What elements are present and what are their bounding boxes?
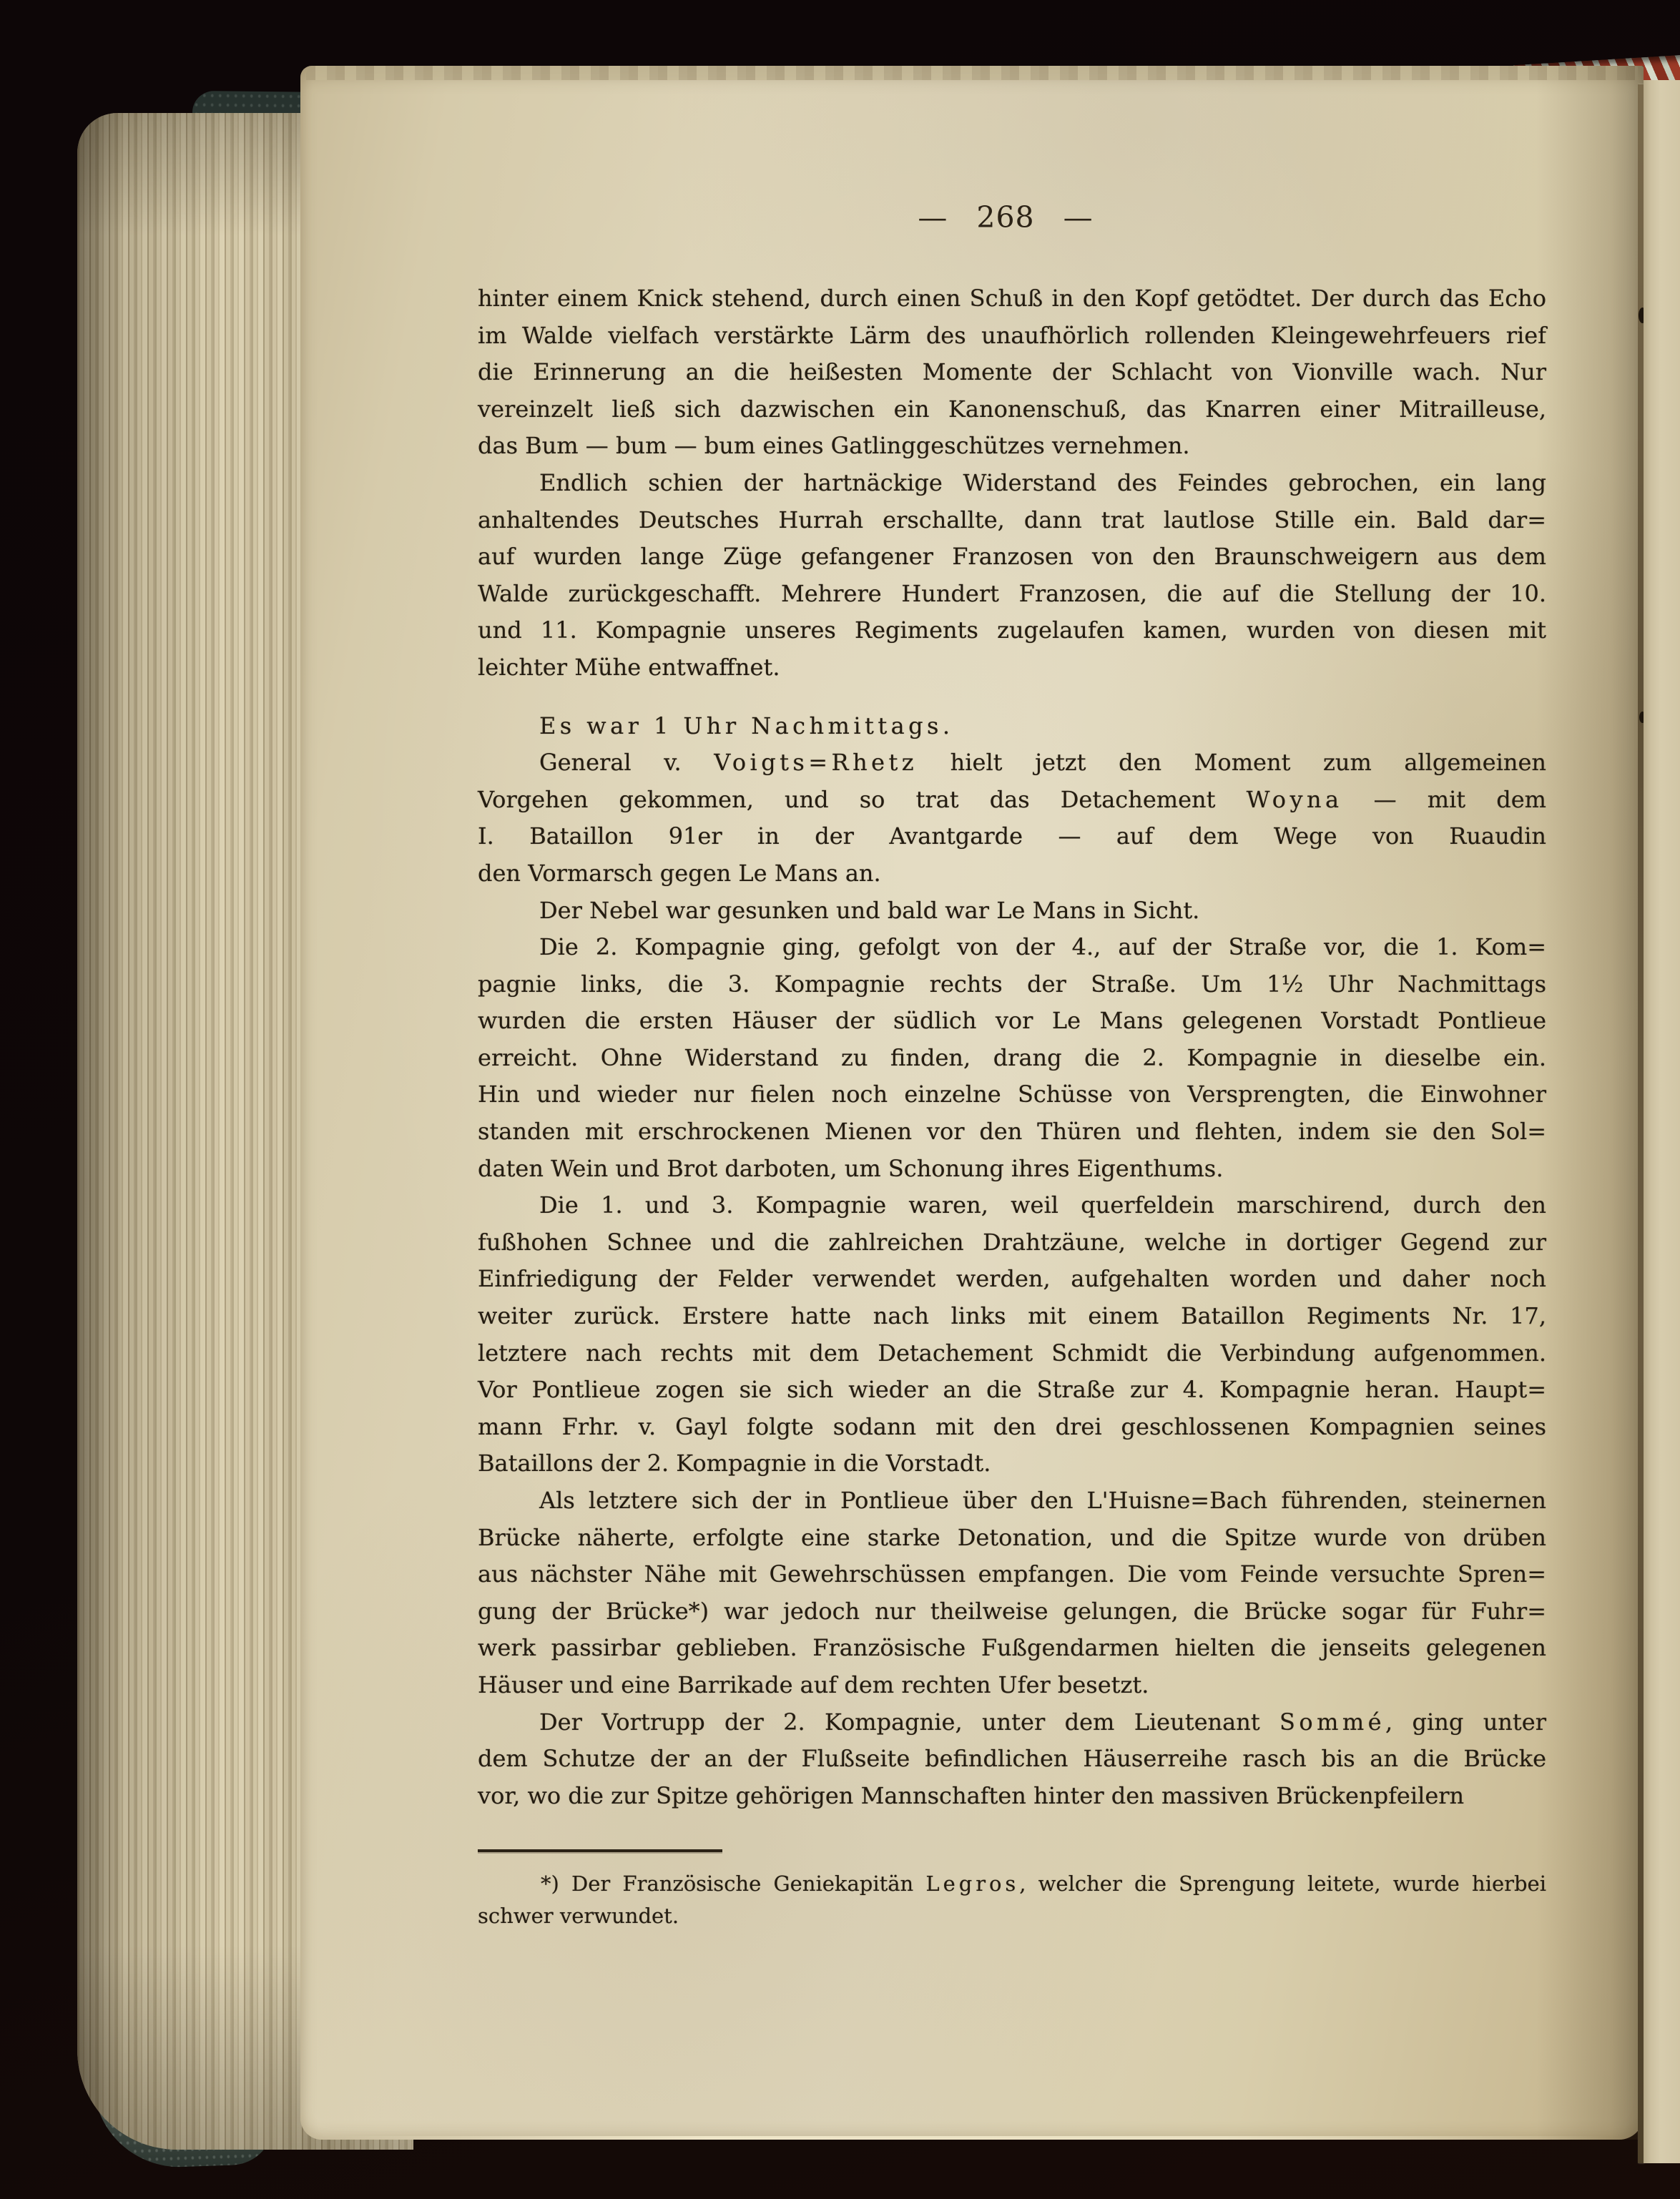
text-line: mann Frhr. v. Gayl folgte sodann mit den…	[478, 1409, 1546, 1446]
text-line: werk passirbar geblieben. Französische F…	[478, 1630, 1546, 1667]
paragraph: Die 2. Kompagnie ging, gefolgt von der 4…	[478, 929, 1546, 1187]
text-block: hinter einem Knick stehend, durch einen …	[478, 280, 1546, 1814]
text-line: vereinzelt ließ sich dazwischen ein Kano…	[478, 391, 1546, 428]
text-segment: hielt jetzt den Moment zum allgemeinen	[918, 749, 1546, 776]
page-number: — 268 —	[863, 200, 1149, 235]
text-segment: aus nächster Nähe mit Gewehrschüssen emp…	[478, 1560, 1546, 1588]
paragraph: Die 1. und 3. Kompagnie waren, weil quer…	[478, 1187, 1546, 1482]
paragraph: *) Der Französische Geniekapitän Legros,…	[478, 1868, 1546, 1932]
emphasized-text: Sommé	[1279, 1708, 1385, 1736]
emphasized-text: Woyna	[1247, 786, 1343, 813]
text-segment: General v.	[539, 749, 714, 776]
text-segment: weiter zurück. Erstere hatte nach links …	[478, 1302, 1546, 1329]
text-segment: vor, wo die zur Spitze gehörigen Mannsch…	[478, 1782, 1464, 1809]
text-line: erreicht. Ohne Widerstand zu finden, dra…	[478, 1040, 1546, 1077]
text-segment: Der Vortrupp der 2. Kompagnie, unter dem…	[539, 1708, 1279, 1736]
text-line: General v. Voigts=Rhetz hielt jetzt den …	[478, 744, 1546, 782]
text-segment: vereinzelt ließ sich dazwischen ein Kano…	[478, 395, 1546, 423]
text-line: Der Vortrupp der 2. Kompagnie, unter dem…	[478, 1704, 1546, 1741]
text-segment: die Erinnerung an die heißesten Momente …	[478, 358, 1546, 385]
text-segment: Die 2. Kompagnie ging, gefolgt von der 4…	[539, 933, 1546, 960]
text-line: anhaltendes Deutsches Hurrah erschallte,…	[478, 502, 1546, 539]
text-segment: Häuser und eine Barrikade auf dem rechte…	[478, 1671, 1149, 1698]
text-segment: Der Nebel war gesunken und bald war Le M…	[539, 897, 1199, 924]
emphasized-text: Voigts=Rhetz	[714, 749, 918, 776]
paragraph: Es war 1 Uhr Nachmittags.	[478, 708, 1546, 745]
text-line: gung der Brücke*) war jedoch nur theilwe…	[478, 1593, 1546, 1630]
paragraph: Der Vortrupp der 2. Kompagnie, unter dem…	[478, 1704, 1546, 1815]
emphasized-text: Legros	[925, 1871, 1019, 1896]
text-segment: werk passirbar geblieben. Französische F…	[478, 1634, 1546, 1661]
text-segment: fußhohen Schnee und die zahlreichen Drah…	[478, 1229, 1546, 1256]
text-segment: Vor Pontlieue zogen sie sich wieder an d…	[478, 1376, 1546, 1403]
gutter-shadow	[1536, 66, 1644, 2140]
paragraph: Endlich schien der hartnäckige Widerstan…	[478, 465, 1546, 687]
text-segment: Bataillons der 2. Kompagnie in die Vorst…	[478, 1450, 991, 1477]
text-segment: und 11. Kompagnie unseres Regiments zuge…	[478, 616, 1546, 644]
emphasized-text: Es war 1 Uhr Nachmittags.	[539, 712, 954, 739]
text-line: Walde zurückgeschafft. Mehrere Hundert F…	[478, 576, 1546, 613]
text-line: Vor Pontlieue zogen sie sich wieder an d…	[478, 1372, 1546, 1409]
text-line: Bataillons der 2. Kompagnie in die Vorst…	[478, 1445, 1546, 1482]
text-segment: auf wurden lange Züge gefangener Franzos…	[478, 543, 1546, 570]
gutter-crease	[1638, 84, 1644, 2163]
text-line: Endlich schien der hartnäckige Widerstan…	[478, 465, 1546, 502]
text-line: vor, wo die zur Spitze gehörigen Mannsch…	[478, 1778, 1546, 1815]
text-segment: daten Wein und Brot darboten, um Schonun…	[478, 1155, 1223, 1182]
text-line: Häuser und eine Barrikade auf dem rechte…	[478, 1667, 1546, 1704]
paragraph: Der Nebel war gesunken und bald war Le M…	[478, 892, 1546, 930]
text-segment: pagnie links, die 3. Kompagnie rechts de…	[478, 970, 1546, 998]
text-line: daten Wein und Brot darboten, um Schonun…	[478, 1151, 1546, 1188]
book-page: — 268 — hinter einem Knick stehend, durc…	[300, 66, 1644, 2140]
text-line: Hin und wieder nur fielen noch einzelne …	[478, 1076, 1546, 1113]
text-line: wurden die ersten Häuser der südlich vor…	[478, 1003, 1546, 1040]
text-segment: Hin und wieder nur fielen noch einzelne …	[478, 1081, 1546, 1108]
text-line: Die 1. und 3. Kompagnie waren, weil quer…	[478, 1187, 1546, 1224]
text-segment: hinter einem Knick stehend, durch einen …	[478, 285, 1546, 312]
text-segment: schwer verwundet.	[478, 1904, 679, 1928]
footnote-separator-rule	[478, 1849, 722, 1852]
text-segment: — mit dem	[1343, 786, 1546, 813]
paragraph: Als letztere sich der in Pontlieue über …	[478, 1482, 1546, 1704]
text-line: Die 2. Kompagnie ging, gefolgt von der 4…	[478, 929, 1546, 966]
text-line: Einfriedigung der Felder verwendet werde…	[478, 1261, 1546, 1298]
text-segment: letztere nach rechts mit dem Detachement…	[478, 1339, 1546, 1367]
text-segment: gung der Brücke*) war jedoch nur theilwe…	[478, 1598, 1546, 1625]
text-segment: , welcher die Sprengung leitete, wurde h…	[1019, 1871, 1546, 1896]
text-segment: wurden die ersten Häuser der südlich vor…	[478, 1007, 1546, 1034]
text-segment: Vorgehen gekommen, und so trat das Detac…	[478, 786, 1247, 813]
text-line: auf wurden lange Züge gefangener Franzos…	[478, 538, 1546, 576]
text-line: Es war 1 Uhr Nachmittags.	[478, 708, 1546, 745]
text-segment: Walde zurückgeschafft. Mehrere Hundert F…	[478, 580, 1546, 607]
next-page-edge	[1644, 80, 1680, 2163]
text-segment: Endlich schien der hartnäckige Widerstan…	[539, 469, 1546, 496]
text-segment: Als letztere sich der in Pontlieue über …	[539, 1487, 1546, 1514]
text-line: leichter Mühe entwaffnet.	[478, 649, 1546, 687]
paragraph: hinter einem Knick stehend, durch einen …	[478, 280, 1546, 465]
text-line: hinter einem Knick stehend, durch einen …	[478, 280, 1546, 318]
text-line: die Erinnerung an die heißesten Momente …	[478, 354, 1546, 391]
paragraph: General v. Voigts=Rhetz hielt jetzt den …	[478, 744, 1546, 892]
footnote-line: schwer verwundet.	[478, 1900, 1546, 1932]
text-segment: erreicht. Ohne Widerstand zu finden, dra…	[478, 1044, 1546, 1071]
text-segment: *) Der Französische Geniekapitän	[541, 1871, 925, 1896]
text-segment: anhaltendes Deutsches Hurrah erschallte,…	[478, 506, 1546, 533]
text-line: standen mit erschrockenen Mienen vor den…	[478, 1113, 1546, 1151]
text-segment: Die 1. und 3. Kompagnie waren, weil quer…	[539, 1191, 1546, 1219]
text-line: Vorgehen gekommen, und so trat das Detac…	[478, 782, 1546, 819]
text-segment: den Vormarsch gegen Le Mans an.	[478, 860, 881, 887]
text-segment: leichter Mühe entwaffnet.	[478, 654, 780, 681]
text-segment: im Walde vielfach verstärkte Lärm des un…	[478, 322, 1546, 349]
text-line: im Walde vielfach verstärkte Lärm des un…	[478, 318, 1546, 355]
footnote: *) Der Französische Geniekapitän Legros,…	[478, 1868, 1546, 1932]
page-top-edge	[306, 66, 1638, 80]
text-segment: mann Frhr. v. Gayl folgte sodann mit den…	[478, 1413, 1546, 1440]
text-line: pagnie links, die 3. Kompagnie rechts de…	[478, 966, 1546, 1003]
text-line: aus nächster Nähe mit Gewehrschüssen emp…	[478, 1556, 1546, 1593]
text-line: fußhohen Schnee und die zahlreichen Drah…	[478, 1224, 1546, 1261]
page-bottom-edge-highlight	[322, 2136, 1609, 2140]
text-line: I. Bataillon 91er in der Avantgarde — au…	[478, 818, 1546, 855]
text-segment: Einfriedigung der Felder verwendet werde…	[478, 1265, 1546, 1292]
text-line: dem Schutze der an der Flußseite befindl…	[478, 1741, 1546, 1778]
text-segment: Brücke näherte, erfolgte eine starke Det…	[478, 1524, 1546, 1551]
text-segment: , ging unter	[1385, 1708, 1546, 1736]
text-line: letztere nach rechts mit dem Detachement…	[478, 1335, 1546, 1372]
text-line: Der Nebel war gesunken und bald war Le M…	[478, 892, 1546, 930]
book-photo-scene: — 268 — hinter einem Knick stehend, durc…	[0, 0, 1680, 2199]
text-segment: dem Schutze der an der Flußseite befindl…	[478, 1745, 1546, 1772]
text-line: das Bum — bum — bum eines Gatlinggeschüt…	[478, 428, 1546, 465]
text-segment: das Bum — bum — bum eines Gatlinggeschüt…	[478, 432, 1190, 459]
text-segment: standen mit erschrockenen Mienen vor den…	[478, 1118, 1546, 1145]
text-line: weiter zurück. Erstere hatte nach links …	[478, 1298, 1546, 1335]
text-line: und 11. Kompagnie unseres Regiments zuge…	[478, 612, 1546, 649]
text-segment: I. Bataillon 91er in der Avantgarde — au…	[478, 822, 1546, 850]
footnote-line: *) Der Französische Geniekapitän Legros,…	[478, 1868, 1546, 1900]
text-line: Als letztere sich der in Pontlieue über …	[478, 1482, 1546, 1520]
text-line: den Vormarsch gegen Le Mans an.	[478, 855, 1546, 892]
text-line: Brücke näherte, erfolgte eine starke Det…	[478, 1520, 1546, 1557]
